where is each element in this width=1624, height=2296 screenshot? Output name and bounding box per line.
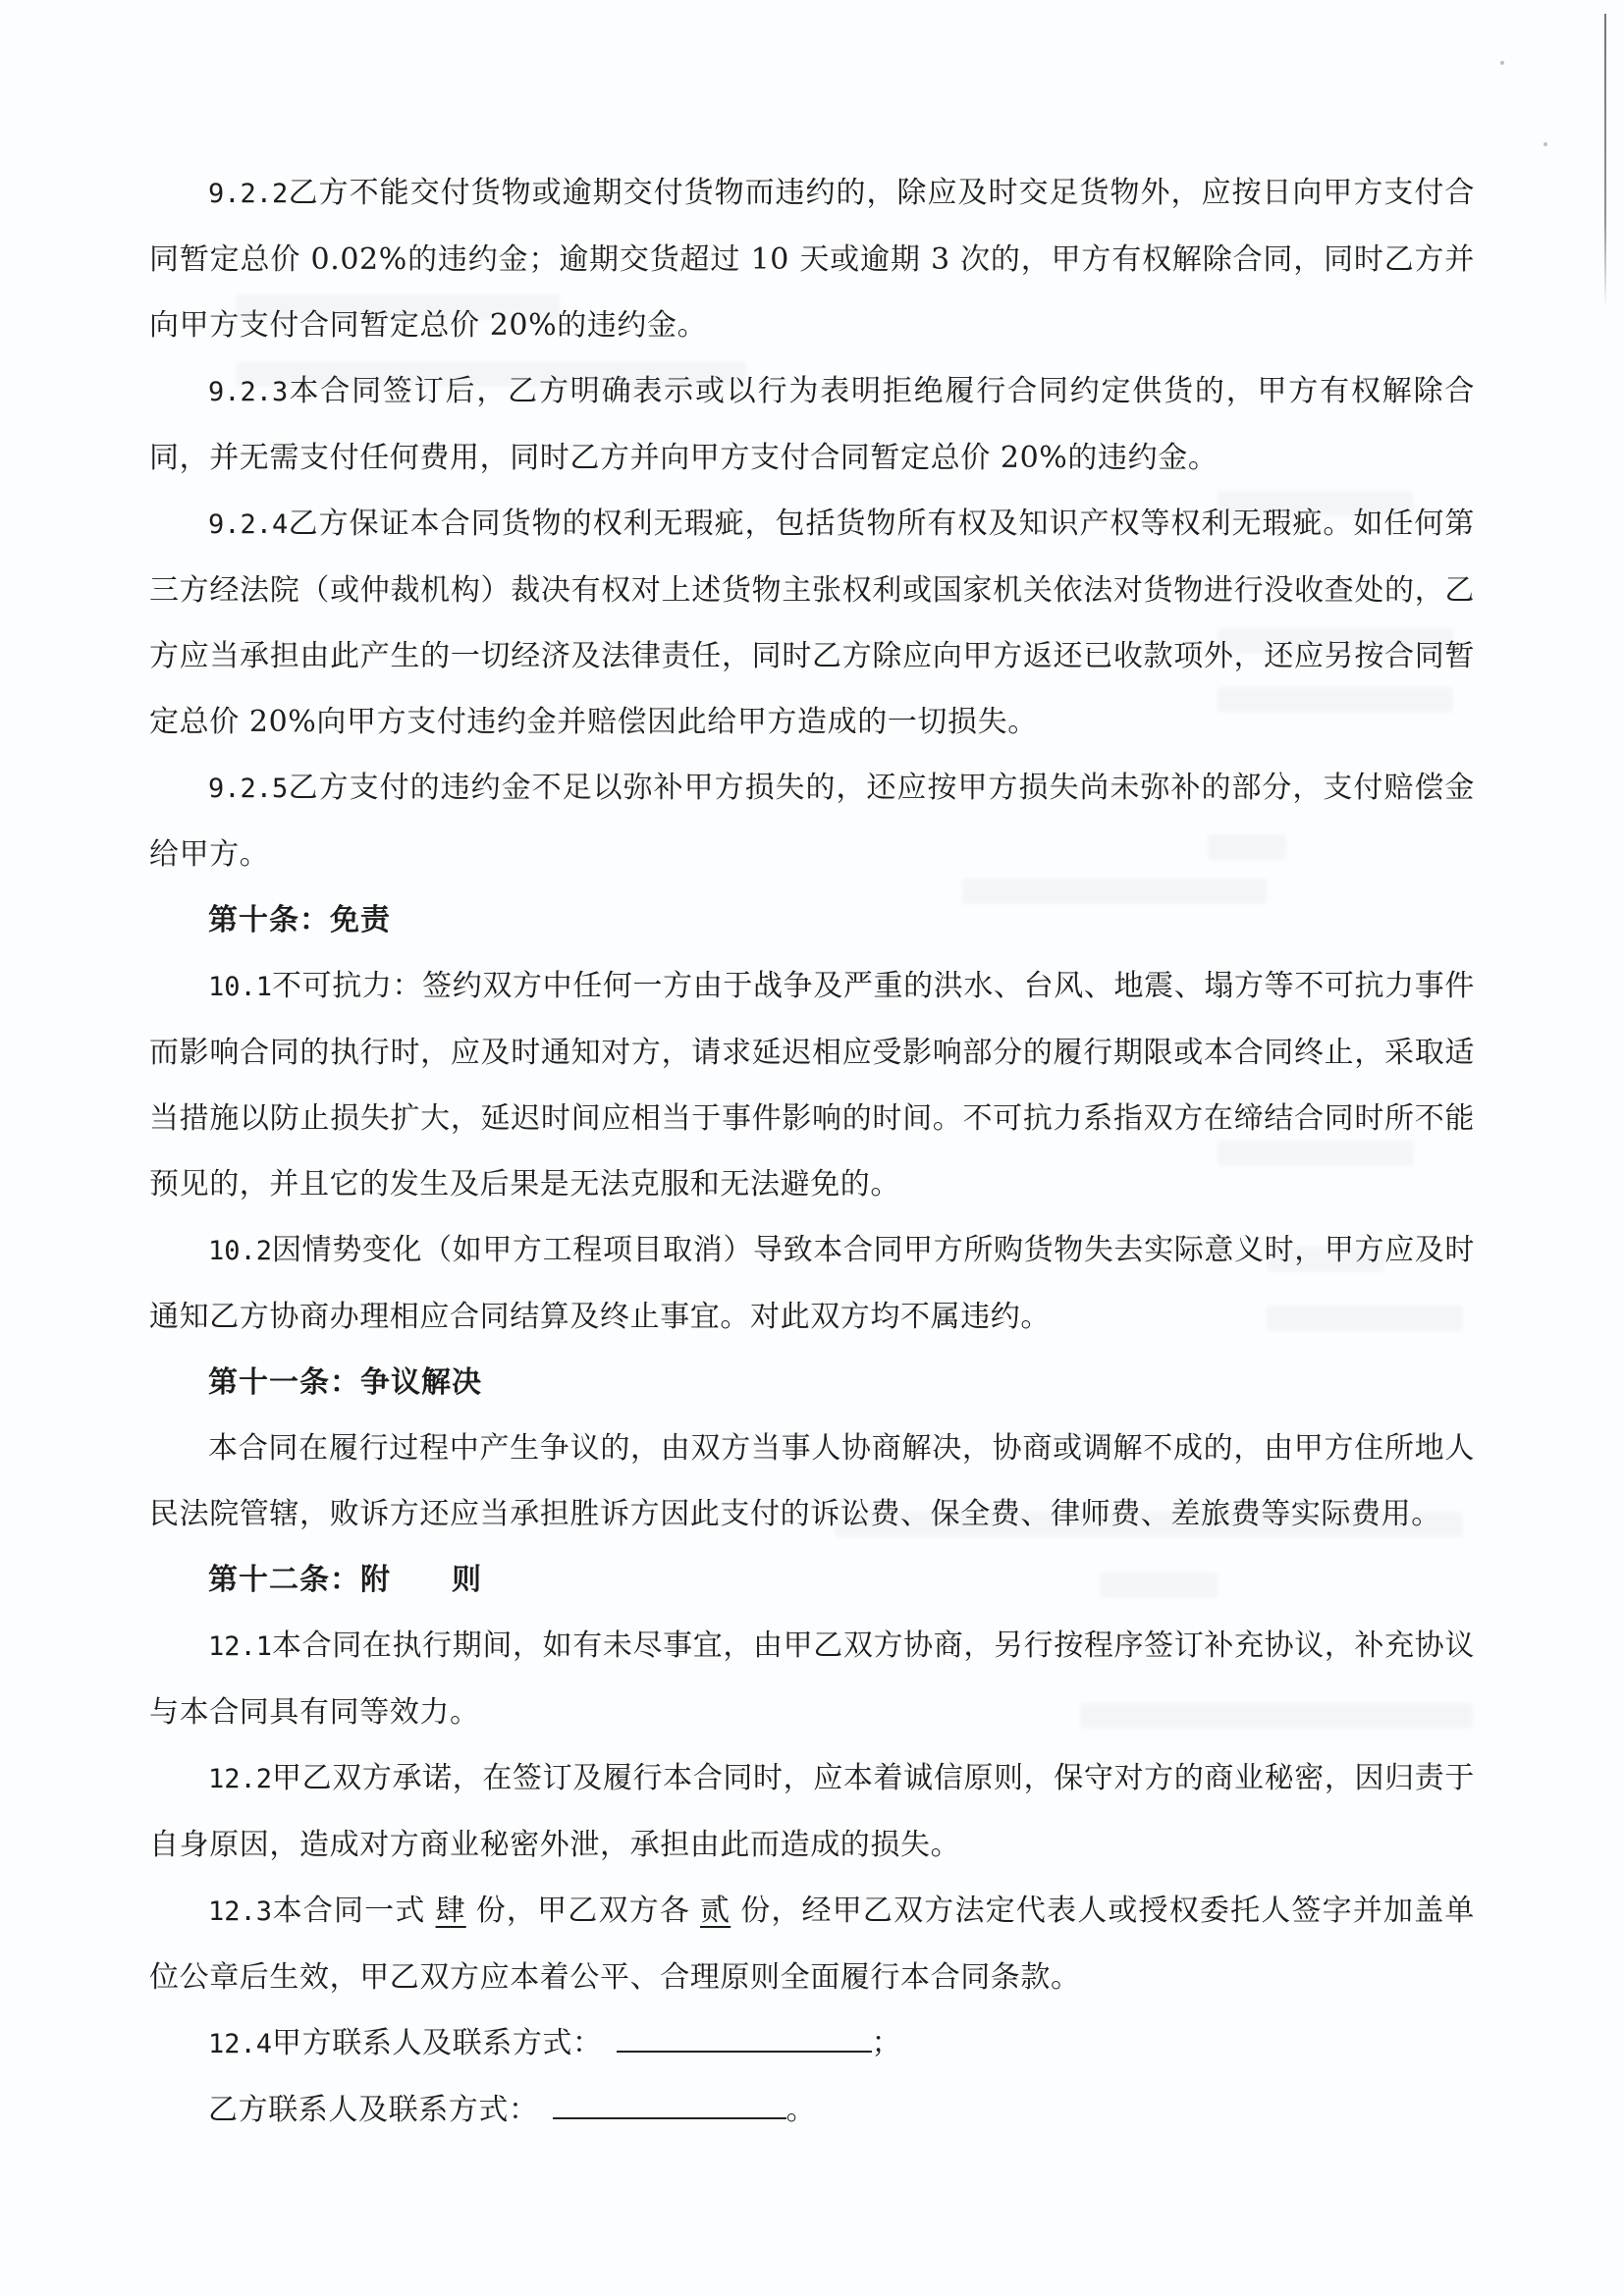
scanned-contract-page: 9.2.2乙方不能交付货物或逾期交付货物而违约的，除应及时交足货物外，应按日向甲… bbox=[0, 0, 1624, 2296]
party-a-contact-end: ； bbox=[872, 2026, 902, 2060]
clause-text: 乙方保证本合同货物的权利无瑕疵，包括货物所有权及知识产权等权利无瑕疵。如任何第三… bbox=[149, 507, 1475, 739]
clause-text: 本合同在执行期间，如有未尽事宜，由甲乙双方协商，另行按程序签订补充协议，补充协议… bbox=[149, 1629, 1475, 1730]
copies-total-field: 肆 bbox=[426, 1894, 476, 1928]
clause-text-part2: 份，甲乙双方各 bbox=[476, 1894, 690, 1928]
clause-text-part1: 本合同一式 bbox=[272, 1894, 426, 1928]
clause-text: 乙方不能交付货物或逾期交付货物而违约的，除应及时交足货物外，应按日向甲方支付合同… bbox=[149, 176, 1475, 343]
clause-number: 9.2.5 bbox=[208, 774, 288, 804]
article-12-heading: 第十二条：附 则 bbox=[149, 1547, 1475, 1613]
clause-text: 本合同签订后，乙方明确表示或以行为表明拒绝履行合同约定供货的，甲方有权解除合同，… bbox=[149, 374, 1475, 475]
clause-10-1: 10.1不可抗力：签约双方中任何一方由于战争及严重的洪水、台风、地震、塌方等不可… bbox=[149, 953, 1475, 1217]
scan-dust-speck bbox=[1543, 142, 1547, 146]
article-10-heading: 第十条：免责 bbox=[149, 887, 1475, 953]
clause-number: 9.2.4 bbox=[208, 509, 288, 540]
clause-text: 不可抗力：签约双方中任何一方由于战争及严重的洪水、台风、地震、塌方等不可抗力事件… bbox=[149, 969, 1475, 1201]
clause-number: 10.1 bbox=[208, 972, 272, 1002]
clause-12-4-party-a: 12.4甲方联系人及联系方式：； bbox=[149, 2010, 1475, 2077]
scan-edge-line bbox=[1604, 14, 1606, 308]
clause-number: 9.2.2 bbox=[208, 179, 288, 209]
clause-text: 本合同在履行过程中产生争议的，由双方当事人协商解决，协商或调解不成的，由甲方住所… bbox=[149, 1431, 1475, 1531]
clause-number: 12.3 bbox=[208, 1896, 272, 1927]
party-b-contact-end: 。 bbox=[786, 2093, 817, 2127]
party-b-contact-blank bbox=[553, 2090, 786, 2119]
clause-11-dispute: 本合同在履行过程中产生争议的，由双方当事人协商解决，协商或调解不成的，由甲方住所… bbox=[149, 1415, 1475, 1547]
document-body: 9.2.2乙方不能交付货物或逾期交付货物而违约的，除应及时交足货物外，应按日向甲… bbox=[149, 160, 1475, 2143]
clause-number: 10.2 bbox=[208, 1236, 272, 1266]
party-a-contact-blank bbox=[617, 2023, 872, 2053]
party-a-contact-label: 甲方联系人及联系方式： bbox=[272, 2026, 603, 2060]
clause-number: 12.2 bbox=[208, 1764, 272, 1794]
clause-9-2-4: 9.2.4乙方保证本合同货物的权利无瑕疵，包括货物所有权及知识产权等权利无瑕疵。… bbox=[149, 491, 1475, 755]
clause-text: 因情势变化（如甲方工程项目取消）导致本合同甲方所购货物失去实际意义时，甲方应及时… bbox=[149, 1233, 1475, 1334]
clause-9-2-5: 9.2.5乙方支付的违约金不足以弥补甲方损失的，还应按甲方损失尚未弥补的部分，支… bbox=[149, 755, 1475, 887]
clause-number: 12.4 bbox=[208, 2029, 272, 2059]
clause-10-2: 10.2因情势变化（如甲方工程项目取消）导致本合同甲方所购货物失去实际意义时，甲… bbox=[149, 1217, 1475, 1350]
clause-9-2-3: 9.2.3本合同签订后，乙方明确表示或以行为表明拒绝履行合同约定供货的，甲方有权… bbox=[149, 358, 1475, 491]
clause-number: 9.2.3 bbox=[208, 377, 288, 407]
scan-dust-speck bbox=[1500, 61, 1504, 65]
clause-12-3: 12.3本合同一式肆份，甲乙双方各贰份，经甲乙双方法定代表人或授权委托人签字并加… bbox=[149, 1878, 1475, 2010]
article-11-heading: 第十一条：争议解决 bbox=[149, 1350, 1475, 1415]
clause-12-2: 12.2甲乙双方承诺，在签订及履行本合同时，应本着诚信原则，保守对方的商业秘密，… bbox=[149, 1745, 1475, 1878]
party-b-contact-label: 乙方联系人及联系方式： bbox=[208, 2093, 539, 2127]
clause-9-2-2: 9.2.2乙方不能交付货物或逾期交付货物而违约的，除应及时交足货物外，应按日向甲… bbox=[149, 160, 1475, 358]
copies-each-field: 贰 bbox=[690, 1894, 740, 1928]
clause-text: 乙方支付的违约金不足以弥补甲方损失的，还应按甲方损失尚未弥补的部分，支付赔偿金给… bbox=[149, 771, 1475, 872]
clause-12-1: 12.1本合同在执行期间，如有未尽事宜，由甲乙双方协商，另行按程序签订补充协议，… bbox=[149, 1613, 1475, 1745]
clause-text: 甲乙双方承诺，在签订及履行本合同时，应本着诚信原则，保守对方的商业秘密，因归责于… bbox=[149, 1761, 1475, 1862]
clause-12-4-party-b: 乙方联系人及联系方式：。 bbox=[149, 2077, 1475, 2143]
clause-number: 12.1 bbox=[208, 1631, 272, 1662]
